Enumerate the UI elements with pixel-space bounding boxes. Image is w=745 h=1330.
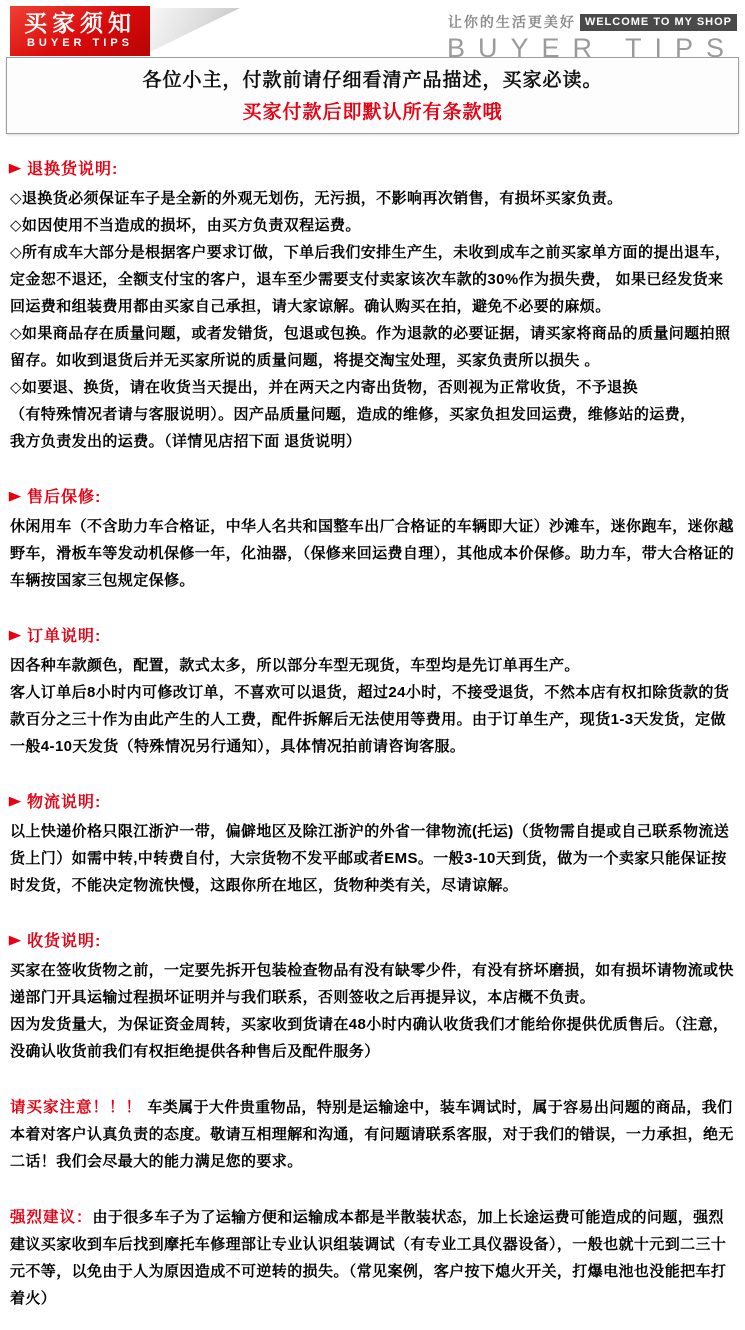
notice-bar: 各位小主，付款前请仔细看清产品描述，买家必读。 买家付款后即默认所有条款哦 [6,57,739,134]
section-paragraph: 因各种车款颜色，配置，款式太多，所以部分车型无现货，车型均是先订单再生产。 [10,652,735,679]
notice-line-primary: 各位小主，付款前请仔细看清产品描述，买家必读。 [7,65,738,92]
section-block: 强烈建议：由于很多车子为了运输方便和运输成本都是半散装状态，加上长途运费可能造成… [10,1204,735,1312]
section-block: 请买家注意！！！ 车类属于大件贵重物品，特别是运输途中，装车调试时，属于容易出问… [10,1094,735,1175]
section-title: 退换货说明: [27,156,118,179]
section-paragraph: ◇退换货必须保证车子是全新的外观无划伤，无污损，不影响再次销售，有损坏买家负责。 [10,185,735,212]
section-body: 因各种车款颜色，配置，款式太多，所以部分车型无现货，车型均是先订单再生产。客人订… [10,652,735,760]
section-body: ◇退换货必须保证车子是全新的外观无划伤，无污损，不影响再次销售，有损坏买家负责。… [10,185,735,455]
section-body: 买家在签收货物之前，一定要先拆开包装检查物品有没有缺零少件，有没有挤坏磨损，如有… [10,957,735,1065]
section-paragraph: 因为发货量大，为保证资金周转，买家收到货请在48小时内确认收货我们才能给你提供优… [10,1011,735,1065]
arrow-icon: ▶ [9,933,22,946]
arrow-icon: ▶ [9,489,22,502]
section-title: 售后保修: [27,484,101,507]
section-heading: ▶ 收货说明: [10,928,735,951]
buyer-tips-watermark: BUYER TIPS [447,34,737,62]
arrow-icon: ▶ [9,794,22,807]
buyer-tips-badge: 买家须知 BUYER TIPS [10,6,150,56]
badge-subtitle: BUYER TIPS [10,37,150,49]
section-paragraph: 休闲用车（不含助力车合格证，中华人名共和国整车出厂合格证的车辆即大证）沙滩车，迷… [10,513,735,594]
section-title: 订单说明: [27,623,101,646]
section-paragraph: 请买家注意！！！ 车类属于大件贵重物品，特别是运输途中，装车调试时，属于容易出问… [10,1094,735,1175]
notice-line-secondary: 买家付款后即默认所有条款哦 [7,97,738,124]
section-title: 物流说明: [27,789,101,812]
section-heading: ▶ 退换货说明: [10,156,735,179]
section-heading: ▶ 物流说明: [10,789,735,812]
section-paragraph: 以上快递价格只限江浙沪一带，偏僻地区及除江浙沪的外省一律物流(托运)（货物需自提… [10,818,735,899]
section-block: ▶ 收货说明: 买家在签收货物之前，一定要先拆开包装检查物品有没有缺零少件，有没… [10,928,735,1065]
welcome-badge: WELCOME TO MY SHOP [580,14,737,31]
section-title: 收货说明: [27,928,101,951]
section-paragraph: 强烈建议：由于很多车子为了运输方便和运输成本都是半散装状态，加上长途运费可能造成… [10,1204,735,1312]
inline-section-text: 由于很多车子为了运输方便和运输成本都是半散装状态，加上长途运费可能造成的问题，强… [10,1209,726,1307]
section-paragraph: ◇如要退、换货，请在收货当天提出，并在两天之内寄出货物，否则视为正常收货，不予退… [10,374,735,455]
header-right: 让你的生活更美好 WELCOME TO MY SHOP BUYER TIPS [447,12,737,62]
arrow-icon: ▶ [9,161,22,174]
badge-title: 买家须知 [10,11,150,36]
section-paragraph: ◇所有成车大部分是根据客户要求订做，下单后我们安排生产生，未收到成车之前买家单方… [10,239,735,320]
section-block: ▶ 退换货说明: ◇退换货必须保证车子是全新的外观无划伤，无污损，不影响再次销售… [10,156,735,455]
section-paragraph: ◇如因使用不当造成的损坏，由买方负责双程运费。 [10,212,735,239]
section-heading: ▶ 售后保修: [10,484,735,507]
slogan-text: 让你的生活更美好 [448,12,576,32]
section-body: 以上快递价格只限江浙沪一带，偏僻地区及除江浙沪的外省一律物流(托运)（货物需自提… [10,818,735,899]
inline-section-title: 强烈建议： [10,1209,93,1226]
inline-section-title: 请买家注意！！！ [10,1099,147,1116]
section-block: ▶ 订单说明: 因各种车款颜色，配置，款式太多，所以部分车型无现货，车型均是先订… [10,623,735,760]
header: 买家须知 BUYER TIPS 让你的生活更美好 WELCOME TO MY S… [0,0,745,57]
arrow-icon: ▶ [9,628,22,641]
section-paragraph: 买家在签收货物之前，一定要先拆开包装检查物品有没有缺零少件，有没有挤坏磨损，如有… [10,957,735,1011]
section-block: ▶ 售后保修: 休闲用车（不含助力车合格证，中华人名共和国整车出厂合格证的车辆即… [10,484,735,594]
section-paragraph: 客人订单后8小时内可修改订单，不喜欢可以退货，超过24小时，不接受退货，不然本店… [10,679,735,760]
page: 买家须知 BUYER TIPS 让你的生活更美好 WELCOME TO MY S… [0,0,745,1330]
section-block: ▶ 物流说明: 以上快递价格只限江浙沪一带，偏僻地区及除江浙沪的外省一律物流(托… [10,789,735,899]
section-body: 休闲用车（不含助力车合格证，中华人名共和国整车出厂合格证的车辆即大证）沙滩车，迷… [10,513,735,594]
section-heading: ▶ 订单说明: [10,623,735,646]
sections-container: ▶ 退换货说明: ◇退换货必须保证车子是全新的外观无划伤，无污损，不影响再次销售… [0,134,745,1330]
ribbon-fold-shape [150,8,240,52]
section-paragraph: ◇如果商品存在质量问题，或者发错货，包退或包换。作为退款的必要证据，请买家将商品… [10,320,735,374]
